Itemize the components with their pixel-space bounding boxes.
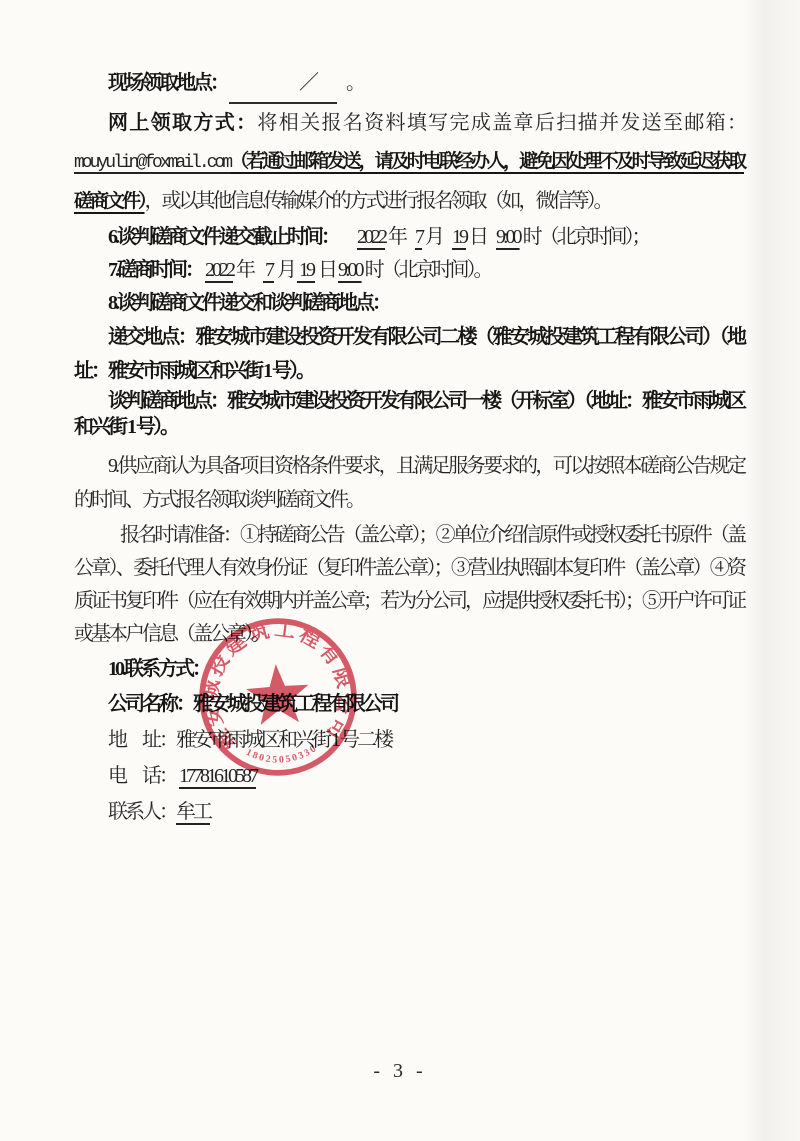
contact-person-label: 联系人： (108, 801, 176, 823)
phone-value: 17781610587 (176, 765, 259, 787)
day-unit: 日 (318, 259, 335, 281)
deadline-month: 7 (412, 226, 425, 248)
item10-contact-heading: 10.联系方式： (74, 653, 744, 686)
company-name-label: 公司名称： (108, 693, 193, 715)
negotiation-location-label: 谈判磋商地点： (108, 390, 227, 412)
deadline-day: 19 (449, 226, 469, 248)
online-pickup-tail: ，或以其他信息传输媒介的方式进行报名领取（如，微信等）。 (145, 190, 611, 212)
online-pickup-body: 将相关报名资料填写完成盖章后扫描并发送至邮箱： (257, 112, 744, 134)
document-content: 现场领取地点： ／。 网上领取方式：将相关报名资料填写完成盖章后扫描并发送至邮箱… (0, 0, 800, 830)
company-name-value: 雅安城投建筑工程有限公司 (193, 693, 397, 715)
negotiation-location-paragraph: 谈判磋商地点：雅安城市建设投资开发有限公司一楼（开标室）（地址：雅安市雨城区和兴… (74, 388, 744, 440)
contact-phone-line: 电 话：17781610587 (74, 758, 744, 794)
prepare-text: 报名时请准备：①持磋商公告（盖公章）；②单位介绍信原件或授权委托书原件（盖公章）… (74, 524, 744, 645)
submit-location-paragraph: 递交地点：雅安城市建设投资开发有限公司二楼（雅安城投建筑工程有限公司）（地址：雅… (74, 320, 744, 388)
contact-address-line: 地 址：雅安市雨城区和兴街 1 号二楼 (74, 722, 744, 758)
item6-deadline-line: 6.谈判磋商文件递交截止时间：2022年7月19日9:00时（北京时间）； (74, 221, 744, 254)
contact-person-value: 牟工 (176, 801, 210, 823)
item9-text: 9.供应商认为具备项目资格条件要求，且满足服务要求的，可以按照本磋商公告规定的时… (74, 455, 744, 511)
time-unit: 时 (365, 259, 382, 281)
contact-person-line: 联系人：牟工 (74, 794, 744, 830)
year-unit: 年 (388, 226, 405, 248)
email-address: mouyulin@foxmail.com (74, 153, 230, 173)
negotiation-day: 19 (294, 259, 318, 281)
address-label: 地 址： (108, 729, 176, 751)
negotiation-time: 9:00 (335, 259, 365, 281)
onsite-pickup-line: 现场领取地点： ／。 (74, 64, 744, 104)
prepare-documents-paragraph: 报名时请准备：①持磋商公告（盖公章）；②单位介绍信原件或授权委托书原件（盖公章）… (74, 519, 744, 651)
blank-slash: ／ (263, 72, 316, 94)
blank-period: 。 (316, 72, 363, 94)
page-number: - 3 - (0, 1060, 800, 1083)
negotiation-month: 7 (260, 259, 277, 281)
item9-supplier-paragraph: 9.供应商认为具备项目资格条件要求，且满足服务要求的，可以按照本磋商公告规定的时… (74, 449, 744, 517)
item6-label: 6.谈判磋商文件递交截止时间： (108, 226, 338, 248)
phone-label: 电 话： (108, 765, 176, 787)
online-pickup-paragraph: 网上领取方式：将相关报名资料填写完成盖章后扫描并发送至邮箱：mouyulin@f… (74, 104, 744, 221)
onsite-pickup-blank-underline: ／。 (229, 64, 337, 104)
timezone-note: （北京时间）。 (382, 259, 491, 281)
year-unit: 年 (236, 259, 253, 281)
month-unit: 月 (425, 226, 442, 248)
item8-label: 8.谈判磋商文件递交和谈判磋商地点： (108, 292, 389, 314)
submit-location-label: 递交地点： (108, 326, 195, 348)
month-unit: 月 (277, 259, 294, 281)
time-unit: 时 (523, 226, 540, 248)
onsite-pickup-label: 现场领取地点： (108, 72, 227, 94)
item8-locations-heading: 8.谈判磋商文件递交和谈判磋商地点： (74, 287, 744, 320)
day-unit: 日 (469, 226, 486, 248)
address-value: 雅安市雨城区和兴街 1 号二楼 (176, 729, 391, 751)
document-page: 现场领取地点： ／。 网上领取方式：将相关报名资料填写完成盖章后扫描并发送至邮箱… (0, 0, 800, 1141)
item7-negotiation-time-line: 7.磋商时间：2022年 7 月 19 日9:00时（北京时间）。 (74, 254, 744, 287)
item10-label: 10.联系方式： (108, 658, 209, 680)
negotiation-year: 2022 (202, 259, 236, 281)
online-pickup-label: 网上领取方式： (108, 112, 257, 134)
deadline-year: 2022 (354, 226, 388, 248)
contact-company-line: 公司名称：雅安城投建筑工程有限公司 (74, 686, 744, 722)
deadline-time: 9:00 (493, 226, 523, 248)
item7-label: 7.磋商时间： (108, 259, 202, 281)
timezone-note: （北京时间）； (540, 226, 649, 248)
